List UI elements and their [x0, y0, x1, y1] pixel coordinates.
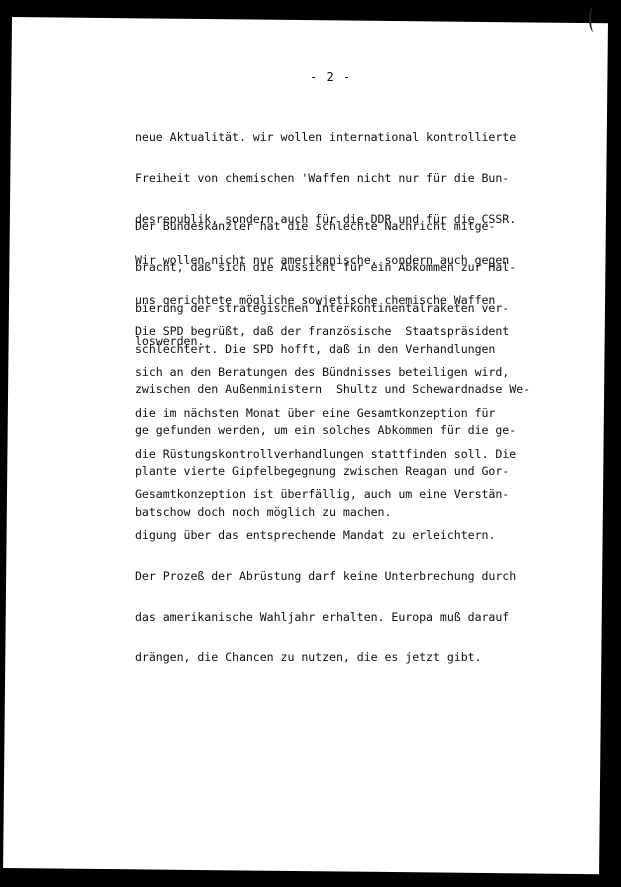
paragraph-3: Die SPD begrüßt, daß der französische St…: [135, 298, 516, 692]
document-body: - 2 - neue Aktualität. wir wollen intern…: [0, 0, 621, 887]
text-line: bracht, daß sich die Aussicht für ein Ab…: [135, 261, 530, 275]
page-number: - 2 -: [310, 70, 351, 84]
text-line: Die SPD begrüßt, daß der französische St…: [135, 325, 516, 339]
text-line: Gesamtkonzeption ist überfällig, auch um…: [135, 488, 516, 502]
text-line: Der Bundeskanzler hat die schlechte Nach…: [135, 220, 530, 234]
text-line: digung über das entsprechende Mandat zu …: [135, 529, 516, 543]
text-line: neue Aktualität. wir wollen internationa…: [135, 131, 516, 145]
text-line: Freiheit von chemischen 'Waffen nicht nu…: [135, 172, 516, 186]
text-line: die im nächsten Monat über eine Gesamtko…: [135, 407, 516, 421]
text-line: sich an den Beratungen des Bündnisses be…: [135, 366, 516, 380]
text-line: die Rüstungskontrollverhandlungen stattf…: [135, 448, 516, 462]
text-line: das amerikanische Wahljahr erhalten. Eur…: [135, 611, 516, 625]
text-line: drängen, die Chancen zu nutzen, die es j…: [135, 651, 516, 665]
text-line: Der Prozeß der Abrüstung darf keine Unte…: [135, 570, 516, 584]
